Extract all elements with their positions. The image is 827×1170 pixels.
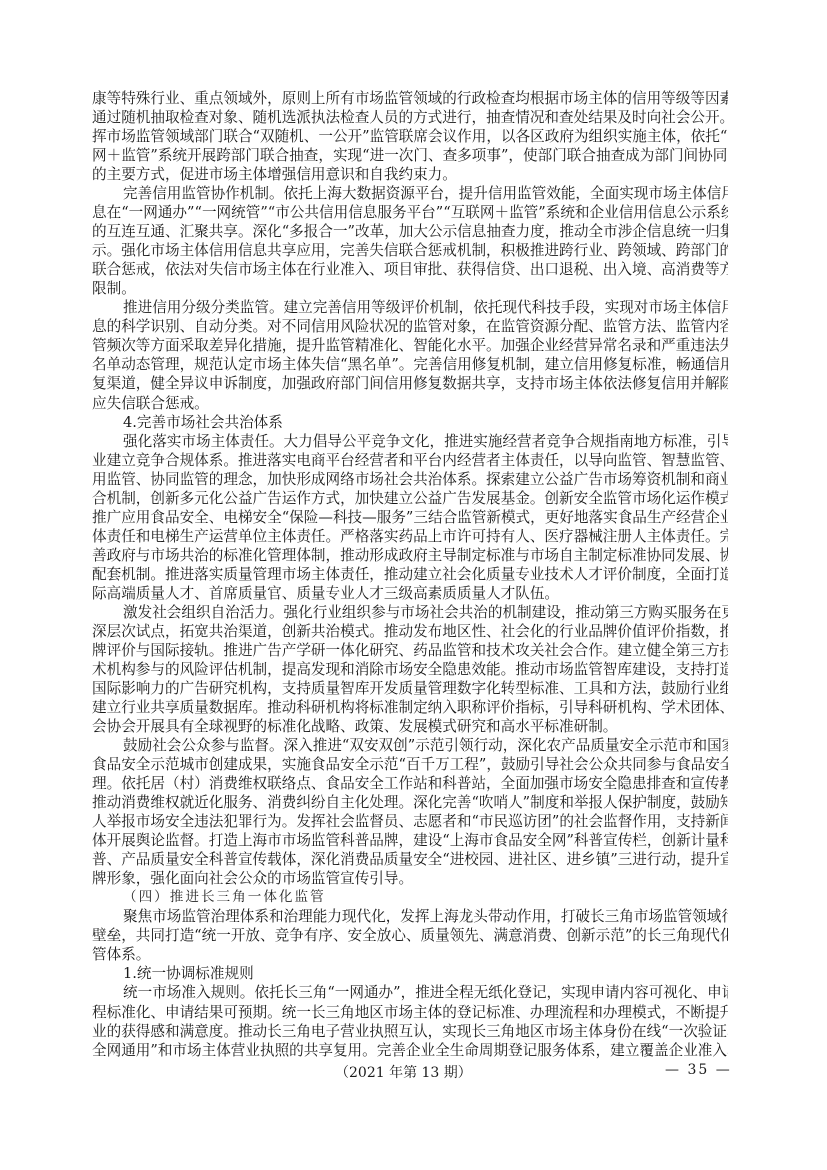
text-line: 联合惩戒，依法对失信市场主体在行业准入、项目审批、获得信贷、出口退税、出入境、高… [92,260,728,279]
text-line: 推广应用食品安全、电梯安全“保险—科技—服务”三结合监管新模式，更好地落实食品生… [92,508,728,527]
subheading: 4.完善市场社会共治体系 [92,413,728,432]
text-line: 强化落实市场主体责任。大力倡导公平竞争文化，推进实施经营者竞争合规指南地方标准，… [92,432,728,451]
text-line: 推动消费维权就近化服务、消费纠纷自主化处理。深化完善“吹哨人”制度和举报人保护制… [92,793,728,812]
text-line: 善政府与市场共治的标准化管理体制，推动形成政府主导制定标准与市场自主制定标准协同… [92,546,728,565]
text-line: 牌评价与国际接轨。推进广告产学研一体化研究、药品监管和技术攻关社会合作。建立健全… [92,641,728,660]
text-line: （四）推进长三角一体化监管 [92,888,728,907]
text-line: 康等特殊行业、重点领域外，原则上所有市场监管领域的行政检查均根据市场主体的信用等… [92,89,728,108]
text-line: 人举报市场安全违法犯罪行为。发挥社会监督员、志愿者和“市民巡访团”的社会监督作用… [92,812,728,831]
text-line: 管频次等方面采取差异化措施，提升监管精准化、智能化水平。加强企业经营异常名录和严… [92,336,728,355]
text-line: 体责任和电梯生产运营单位主体责任。严格落实药品上市许可持有人、医疗器械注册人主体… [92,527,728,546]
text-line: 体开展舆论监督。打造上海市市场监管科普品牌，建设“上海市食品安全网”科普宣传栏，… [92,831,728,850]
text-line: 牌形象，强化面向社会公众的市场监管宣传引导。 [92,869,728,888]
paragraph: 激发社会组织自治活力。强化行业组织参与市场社会共治的机制建设，推动第三方购买服务… [92,603,728,736]
text-line: 激发社会组织自治活力。强化行业组织参与市场社会共治的机制建设，推动第三方购买服务… [92,603,728,622]
text-line: 普、产品质量安全科普宣传载体，深化消费品质量安全“进校园、进社区、进乡镇”三进行… [92,850,728,869]
paragraph: 康等特殊行业、重点领域外，原则上所有市场监管领域的行政检查均根据市场主体的信用等… [92,89,728,184]
text-line: 术机构参与的风险评估机制，提高发现和消除市场安全隐患效能。推动市场监管智库建设，… [92,660,728,679]
text-line: 食品安全示范城市创建成果，实施食品安全示范“百千万工程”，鼓励引导社会公众共同参… [92,755,728,774]
text-line: 息在“一网通办”“一网统管”“市公共信用信息服务平台”“互联网＋监管”系统和企业… [92,203,728,222]
text-line: 业的获得感和满意度。推动长三角电子营业执照互认，实现长三角地区市场主体身份在线“… [92,1022,728,1041]
text-line: 1.统一协调标准规则 [92,964,728,983]
text-line: 完善信用监管协作机制。依托上海大数据资源平台，提升信用监管效能，全面实现市场主体… [92,184,728,203]
page-body: 康等特殊行业、重点领域外，原则上所有市场监管领域的行政检查均根据市场主体的信用等… [92,89,728,1060]
text-line: 网＋监管”系统开展跨部门联合抽查，实现“进一次门、查多项事”，使部门联合抽查成为… [92,146,728,165]
text-line: 管体系。 [92,945,728,964]
issue-label: （2021 年第 13 期） [335,1062,472,1082]
text-line: 程标准化、申请结果可预期。统一长三角地区市场主体的登记标准、办理流程和办理模式，… [92,1003,728,1022]
text-line: 深层次试点，拓宽共治渠道，创新共治模式。推动发布地区性、社会化的行业品牌价值评价… [92,622,728,641]
page-footer: （2021 年第 13 期） — 35 — [0,1062,827,1082]
text-line: 聚焦市场监管治理体系和治理能力现代化，发挥上海龙头带动作用，打破长三角市场监管领… [92,907,728,926]
text-line: 的主要方式，促进市场主体增强信用意识和自我约束力。 [92,165,728,184]
text-line: 鼓励社会公众参与监督。深入推进“双安双创”示范引领行动，深化农产品质量安全示范市… [92,736,728,755]
page-number: — 35 — [665,1062,732,1078]
text-line: 示。强化市场主体信用信息共享应用，完善失信联合惩戒机制，积极推进跨行业、跨领域、… [92,241,728,260]
text-line: 通过随机抽取检查对象、随机选派执法检查人员的方式进行，抽查情况和查处结果及时向社… [92,108,728,127]
text-line: 用监管、协同监管的理念，加快形成网络市场社会共治体系。探索建立公益广告市场筹资机… [92,470,728,489]
text-line: 息的科学识别、自动分类。对不同信用风险状况的监管对象，在监管资源分配、监管方法、… [92,317,728,336]
text-line: 合机制，创新多元化公益广告运作方式，加快建立公益广告发展基金。创新安全监管市场化… [92,489,728,508]
paragraph: 聚焦市场监管治理体系和治理能力现代化，发挥上海龙头带动作用，打破长三角市场监管领… [92,907,728,964]
text-line: 推进信用分级分类监管。建立完善信用等级评价机制，依托现代科技手段，实现对市场主体… [92,298,728,317]
text-line: 业建立竞争合规体系。推进落实电商平台经营者和平台内经营者主体责任，以导向监管、智… [92,451,728,470]
paragraph: 完善信用监管协作机制。依托上海大数据资源平台，提升信用监管效能，全面实现市场主体… [92,184,728,298]
text-line: 建立行业共享质量数据库。推动科研机构将标准制定纳入职称评价指标，引导科研机构、学… [92,698,728,717]
paragraph: 推进信用分级分类监管。建立完善信用等级评价机制，依托现代科技手段，实现对市场主体… [92,298,728,412]
text-line: 壁垒，共同打造“统一开放、竞争有序、安全放心、质量领先、满意消费、创新示范”的长… [92,926,728,945]
text-line: 限制。 [92,279,728,298]
text-line: 应失信联合惩戒。 [92,394,728,413]
text-line: 挥市场监管领域部门联合“双随机、一公开”监管联席会议作用，以各区政府为组织实施主… [92,127,728,146]
paragraph: 强化落实市场主体责任。大力倡导公平竞争文化，推进实施经营者竞争合规指南地方标准，… [92,432,728,603]
text-line: 会协会开展具有全球视野的标准化战略、政策、发展模式研究和高水平标准研制。 [92,717,728,736]
text-line: 复渠道，健全异议申诉制度，加强政府部门间信用修复数据共享，支持市场主体依法修复信… [92,374,728,393]
text-line: 国际影响力的广告研究机构，支持质量智库开发质量管理数字化转型标准、工具和方法，鼓… [92,679,728,698]
paragraph: 鼓励社会公众参与监督。深入推进“双安双创”示范引领行动，深化农产品质量安全示范市… [92,736,728,888]
text-line: 理。依托居（村）消费维权联络点、食品安全工作站和科普站，全面加强市场安全隐患排查… [92,774,728,793]
text-line: 统一市场准入规则。依托长三角“一网通办”，推进全程无纸化登记，实现申请内容可视化… [92,983,728,1002]
paragraph: 统一市场准入规则。依托长三角“一网通办”，推进全程无纸化登记，实现申请内容可视化… [92,983,728,1059]
text-line: 配套机制。推进落实质量管理市场主体责任，推动建立社会化质量专业技术人才评价制度，… [92,565,728,584]
text-line: 全网通用”和市场主体营业执照的共享复用。完善企业全生命周期登记服务体系，建立覆盖… [92,1041,728,1060]
subheading: 1.统一协调标准规则 [92,964,728,983]
text-line: 4.完善市场社会共治体系 [92,413,728,432]
text-line: 名单动态管理，规范认定市场主体失信“黑名单”。完善信用修复机制，建立信用修复标准… [92,355,728,374]
text-line: 际高端质量人才、首席质量官、质量专业人才三级高素质质量人才队伍。 [92,584,728,603]
text-line: 的互连互通、汇聚共享。深化“多报合一”改革，加大公示信息抽查力度，推动全市涉企信… [92,222,728,241]
section-heading: （四）推进长三角一体化监管 [92,888,728,907]
